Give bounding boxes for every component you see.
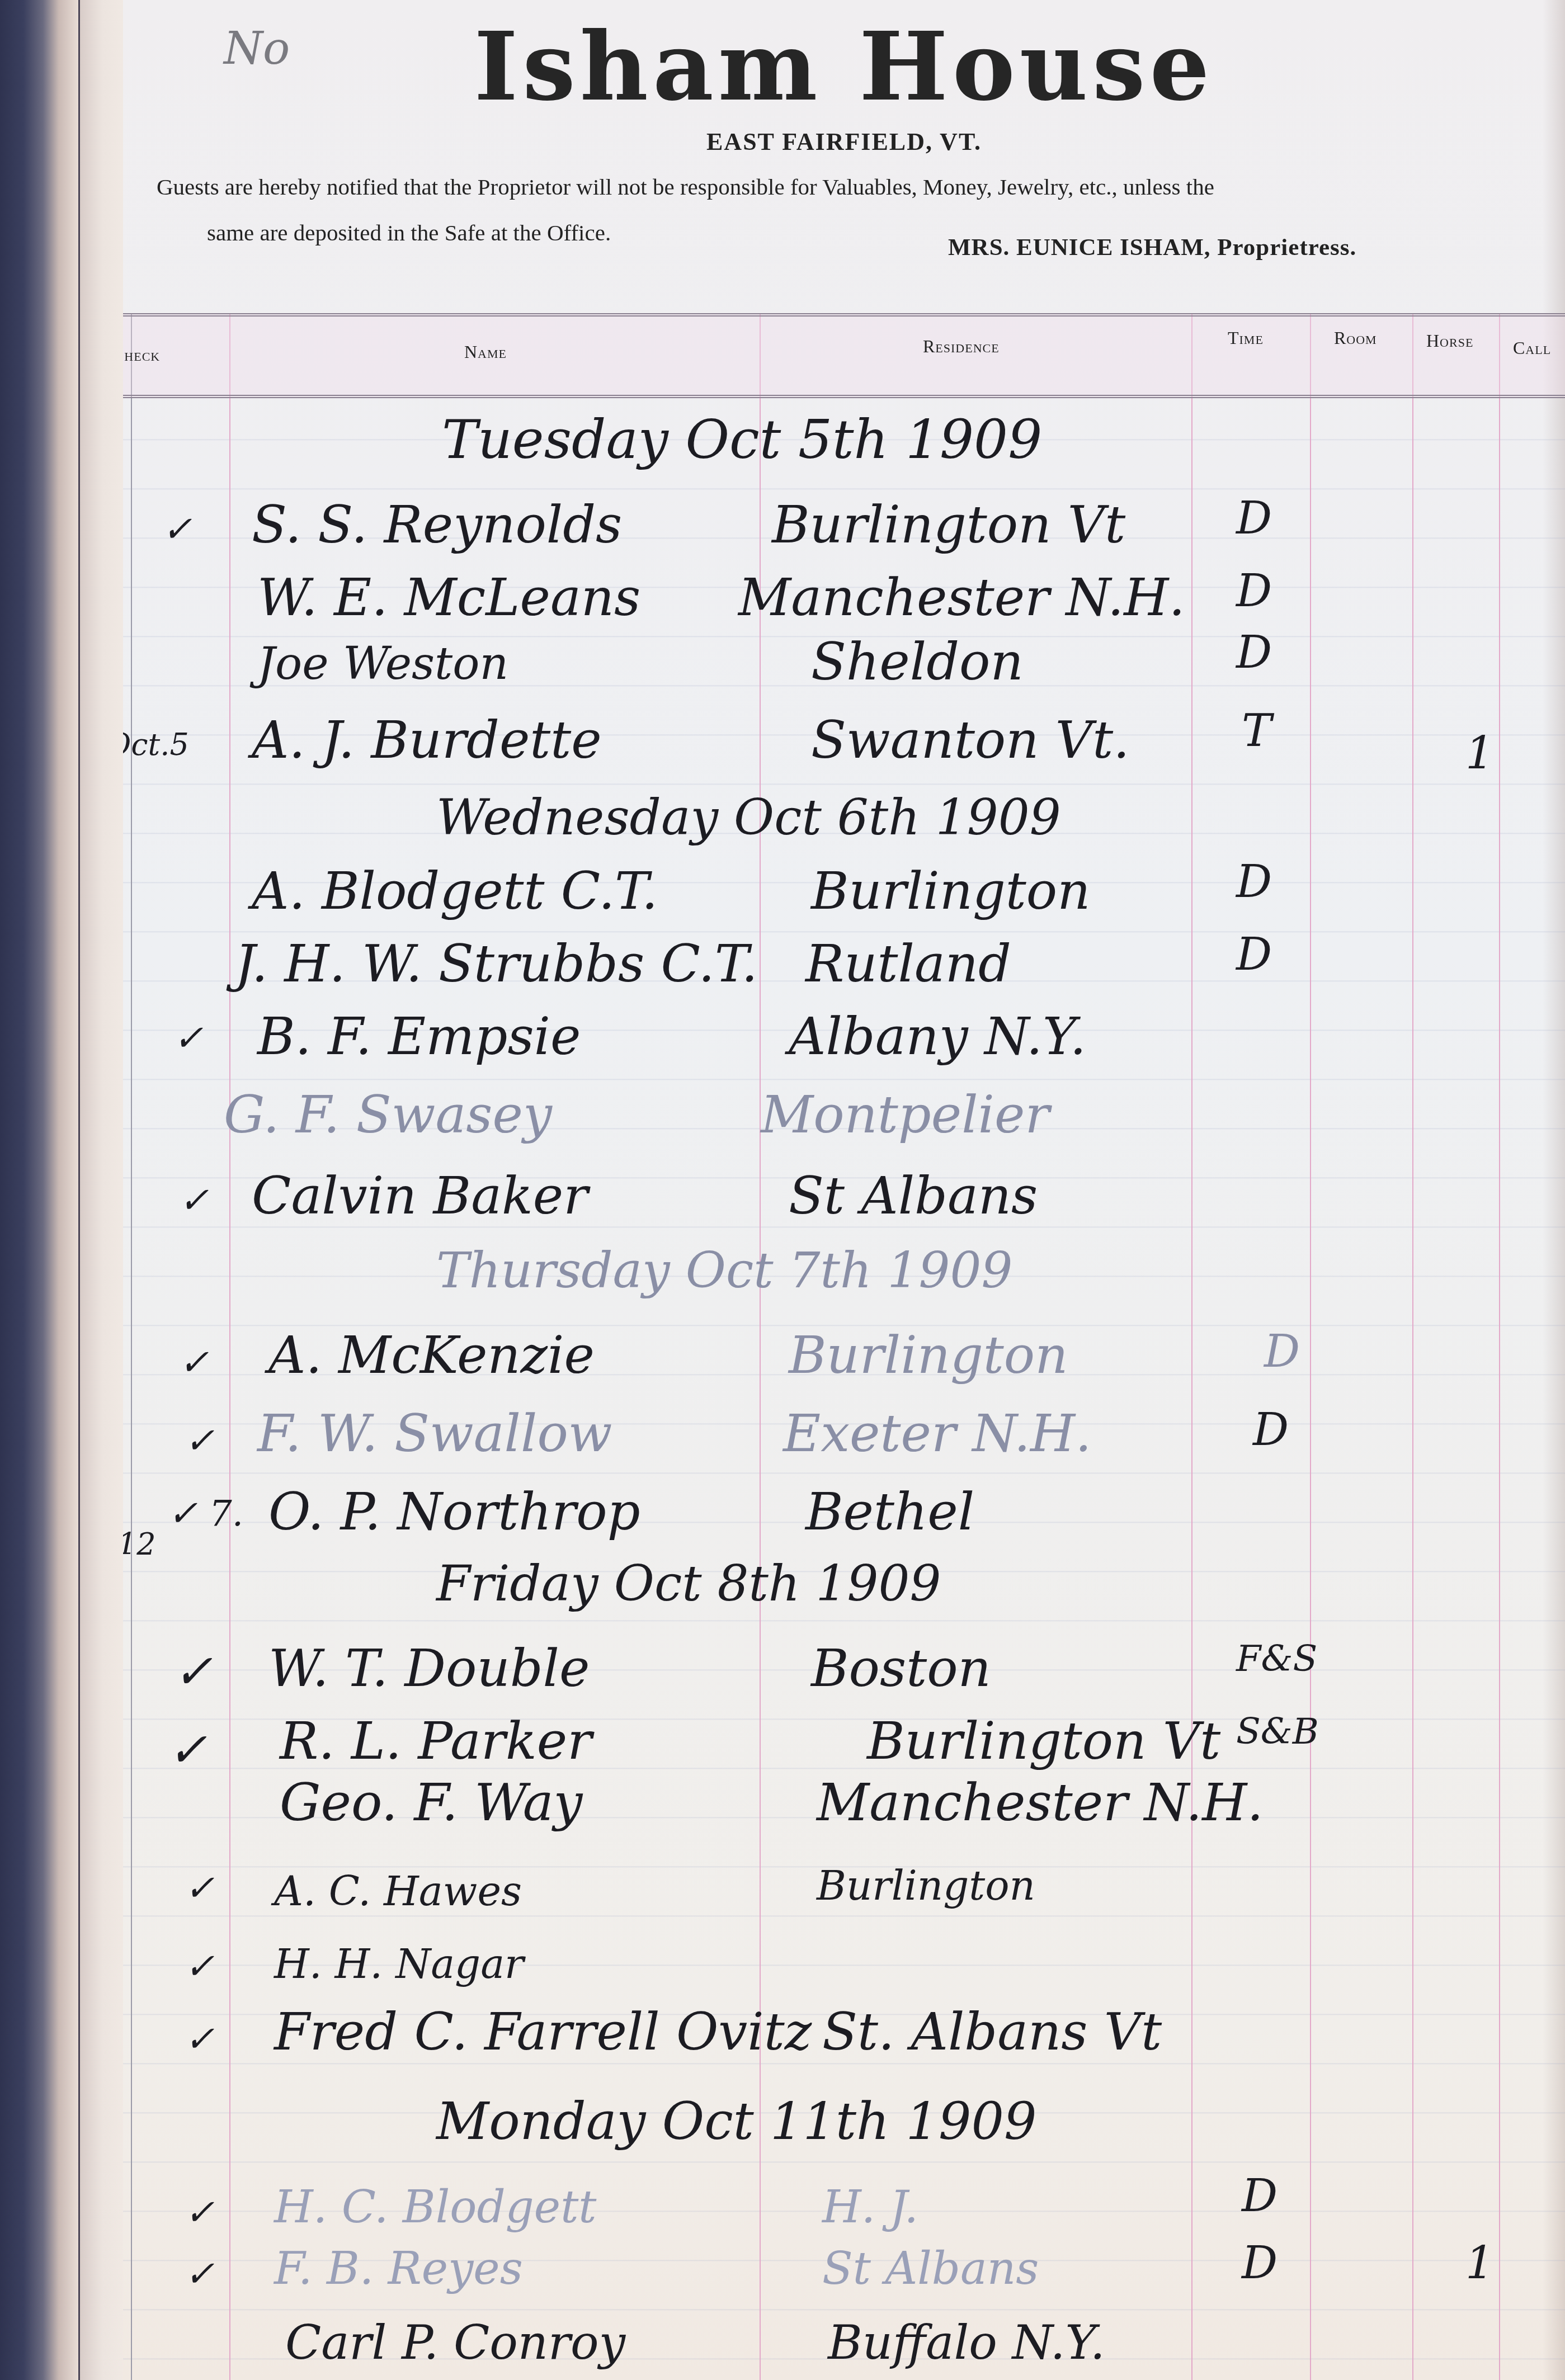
guest-residence: St. Albans Vt xyxy=(822,2002,1162,2062)
guest-residence: Burlington Vt xyxy=(867,1711,1220,1771)
guest-residence: Rutland xyxy=(805,934,1011,994)
rule-room-horse xyxy=(1412,313,1413,2380)
guest-residence: Bethel xyxy=(805,1482,974,1542)
check-mark: ✓ xyxy=(185,2192,215,2233)
margin-rule xyxy=(131,313,132,2380)
guest-residence: Burlington xyxy=(789,1325,1068,1385)
guest-residence: Swanton Vt. xyxy=(811,710,1129,770)
check-mark: ✓ 7. xyxy=(168,1493,243,1534)
arrival-time: D xyxy=(1264,1325,1300,1377)
date-heading: Thursday Oct 7th 1909 xyxy=(436,1241,1012,1299)
guest-name: Joe Weston xyxy=(257,637,508,690)
check-mark: ✓ xyxy=(173,1644,213,1699)
guest-name: A. C. Hawes xyxy=(274,1868,522,1915)
col-residence: Residence xyxy=(923,336,1000,357)
check-mark: ✓ xyxy=(185,2019,215,2060)
date-heading: Monday Oct 11th 1909 xyxy=(436,2091,1037,2151)
col-horse: Horse xyxy=(1426,330,1473,351)
guest-residence: Burlington xyxy=(817,1862,1035,1909)
call-mark: 1 xyxy=(1465,727,1494,779)
margin-note: 12 xyxy=(123,1527,156,1562)
check-mark: ✓ xyxy=(168,1722,207,1777)
notice-line-1: Guests are hereby notified that the Prop… xyxy=(157,173,1544,200)
proprietress: MRS. EUNICE ISHAM, Proprietress. xyxy=(948,234,1356,261)
arrival-time: D xyxy=(1242,2170,1278,2222)
arrival-time: D xyxy=(1236,626,1272,678)
column-header-band: Check Name Residence Time Room Horse Cal… xyxy=(123,313,1565,398)
col-call: Call xyxy=(1513,338,1551,358)
guest-name: Geo. F. Way xyxy=(280,1773,583,1833)
guest-name: A. Blodgett C.T. xyxy=(252,861,658,921)
check-mark: ✓ xyxy=(179,1342,209,1383)
guest-name: Carl P. Conroy xyxy=(285,2315,625,2370)
col-room: Room xyxy=(1334,328,1377,348)
guest-name: G. F. Swasey xyxy=(224,1085,552,1145)
date-heading: Wednesday Oct 6th 1909 xyxy=(436,788,1061,846)
hotel-title: Isham House xyxy=(123,11,1565,122)
guest-name: Calvin Baker xyxy=(252,1166,588,1226)
arrival-time: S&B xyxy=(1236,1711,1319,1753)
guest-residence: H. J. xyxy=(822,2181,918,2233)
arrival-time: D xyxy=(1236,565,1272,617)
arrival-time: D xyxy=(1236,928,1272,980)
margin-note: Oct.5 xyxy=(123,727,189,762)
date-heading: Tuesday Oct 5th 1909 xyxy=(442,408,1042,471)
guest-residence: Manchester N.H. xyxy=(817,1773,1264,1833)
guest-name: H. H. Nagar xyxy=(274,1940,524,1987)
guest-name: R. L. Parker xyxy=(280,1711,592,1771)
guest-name: F. W. Swallow xyxy=(257,1404,612,1463)
guest-name: A. McKenzie xyxy=(268,1325,595,1385)
check-mark: ✓ xyxy=(162,509,192,550)
arrival-time: F&S xyxy=(1236,1638,1317,1680)
arrival-time: D xyxy=(1236,492,1272,544)
register-page: No Isham House EAST FAIRFIELD, VT. Guest… xyxy=(123,0,1565,2380)
guest-residence: Manchester N.H. xyxy=(738,568,1185,627)
guest-residence: Buffalo N.Y. xyxy=(828,2315,1105,2370)
check-mark: ✓ xyxy=(185,1420,215,1462)
hotel-location: EAST FAIRFIELD, VT. xyxy=(123,127,1565,156)
notice-line-2: same are deposited in the Safe at the Of… xyxy=(207,219,611,246)
guest-residence: St Albans xyxy=(822,2242,1039,2294)
arrival-time: D xyxy=(1242,2237,1278,2289)
guest-residence: Montpelier xyxy=(761,1085,1049,1145)
guest-residence: St Albans xyxy=(789,1166,1038,1226)
book-binding xyxy=(0,0,78,2380)
guest-residence: Burlington Vt xyxy=(772,495,1125,555)
arrival-time: D xyxy=(1236,856,1272,908)
rule-residence-time xyxy=(1191,313,1192,2380)
guest-residence: Sheldon xyxy=(811,632,1024,692)
guest-name: A. J. Burdette xyxy=(252,710,602,770)
guest-name: J. H. W. Strubbs C.T. xyxy=(235,934,758,994)
guest-residence: Burlington xyxy=(811,861,1090,921)
guest-name: S. S. Reynolds xyxy=(252,495,622,555)
guest-name: F. B. Reyes xyxy=(274,2242,523,2294)
guest-residence: Albany N.Y. xyxy=(789,1007,1086,1066)
rule-horse-call xyxy=(1499,313,1500,2380)
guest-name: W. E. McLeans xyxy=(257,568,640,627)
guest-name: O. P. Northrop xyxy=(268,1482,640,1542)
check-mark: ✓ xyxy=(185,1868,215,1909)
guest-name: H. C. Blodgett xyxy=(274,2181,596,2233)
check-mark: ✓ xyxy=(185,2254,215,2295)
col-name: Name xyxy=(464,342,507,362)
rule-time-room xyxy=(1310,313,1311,2380)
call-mark: 1 xyxy=(1465,2237,1494,2289)
rule-check-name xyxy=(229,313,230,2380)
check-mark: ✓ xyxy=(173,1018,204,1059)
arrival-time: D xyxy=(1253,1404,1289,1456)
guest-name: Fred C. Farrell Ovitz xyxy=(274,2002,812,2062)
date-heading: Friday Oct 8th 1909 xyxy=(436,1555,941,1612)
guest-residence: Boston xyxy=(811,1638,991,1698)
guest-residence: Exeter N.H. xyxy=(783,1404,1091,1463)
col-check: Check xyxy=(123,344,160,365)
arrival-time: T xyxy=(1242,705,1271,757)
col-time: Time xyxy=(1228,328,1264,348)
check-mark: ✓ xyxy=(179,1180,209,1221)
guest-name: W. T. Double xyxy=(268,1638,590,1698)
guest-name: B. F. Empsie xyxy=(257,1007,581,1066)
check-mark: ✓ xyxy=(185,1946,215,1987)
